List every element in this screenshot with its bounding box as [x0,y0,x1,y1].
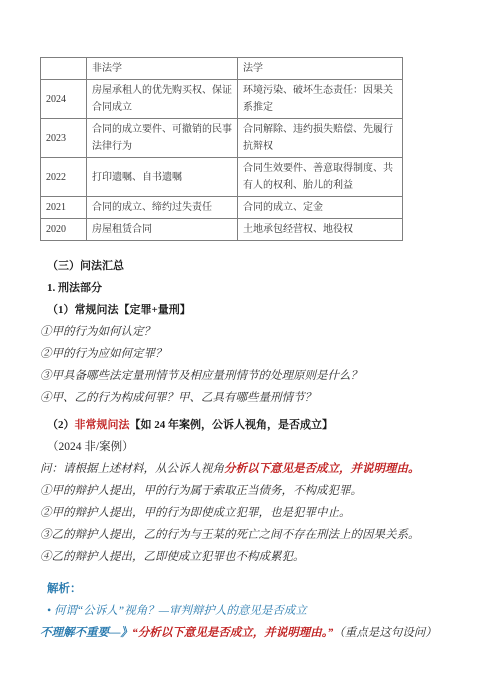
analysis-title: 解析： [40,578,460,600]
opinion-3: ③乙的辩护人提出，乙的行为与王某的死亡之间不存在刑法上的因果关系。 [40,524,460,546]
cell-non-law: 打印遗嘱、自书遗嘱 [87,158,238,197]
cell-year: 2022 [41,158,87,197]
regular-question-1: ①甲的行为如何认定？ [40,321,460,343]
sub1-title: （1）常规问法【定罪+量刑】 [40,299,460,321]
cell-law: 合同生效要件、善意取得制度、共有人的权利、胎儿的利益 [238,158,403,197]
regular-question-2: ②甲的行为应如何定罪？ [40,343,460,365]
analysis-bullet: • 何谓“公诉人”视角？—审判辩护人的意见是否成立 [40,600,460,622]
sub2-prefix: （2） [47,419,75,431]
regular-question-4: ④甲、乙的行为构成何罪？甲、乙具有哪些量刑情节？ [40,387,460,409]
document-page: 非法学 法学 2024 房屋承租人的优先购买权、保证合同成立 环境污染、破坏生态… [0,0,500,644]
final-blue-part: 不理解不重要—》 [40,627,132,639]
cell-law: 合同解除、违约损失赔偿、先履行抗辩权 [238,119,403,158]
table-row: 2024 房屋承租人的优先购买权、保证合同成立 环境污染、破坏生态责任：因果关系… [41,80,403,119]
questions-section: （三）问法汇总 1. 刑法部分 （1）常规问法【定罪+量刑】 ①甲的行为如何认定… [40,255,460,644]
final-black-part: （重点是这句设问） [333,627,437,639]
opinion-1: ①甲的辩护人提出，甲的行为属于索取正当债务，不构成犯罪。 [40,480,460,502]
regular-question-3: ③甲具备哪些法定量刑情节及相应量刑情节的处理原则是什么？ [40,365,460,387]
final-red-part: “分析以下意见是否成立，并说明理由。” [132,627,333,639]
opinion-2: ②甲的辩护人提出，甲的行为即使成立犯罪，也是犯罪中止。 [40,502,460,524]
cell-law: 环境污染、破坏生态责任：因果关系推定 [238,80,403,119]
table-row: 2020 房屋租赁合同 土地承包经营权、地役权 [41,219,403,241]
cell-non-law: 合同的成立要件、可撤销的民事法律行为 [87,119,238,158]
exam-question-red: 分析以下意见是否成立，并说明理由。 [224,463,420,475]
header-year [41,58,87,80]
sub2-suffix: 【如 24 年案例，公诉人视角，是否成立】 [130,419,334,431]
table-header-row: 非法学 法学 [41,58,403,80]
opinion-4: ④乙的辩护人提出，乙即使成立犯罪也不构成累犯。 [40,546,460,568]
exam-question-line: 问：请根据上述材料，从公诉人视角分析以下意见是否成立，并说明理由。 [40,458,460,480]
header-law: 法学 [238,58,403,80]
cell-non-law: 房屋承租人的优先购买权、保证合同成立 [87,80,238,119]
analysis-final-line: 不理解不重要—》“分析以下意见是否成立，并说明理由。”（重点是这句设问） [40,622,460,644]
case-label: （2024 非/案例） [40,436,460,458]
exam-topics-table: 非法学 法学 2024 房屋承租人的优先购买权、保证合同成立 环境污染、破坏生态… [40,57,403,241]
cell-year: 2024 [41,80,87,119]
cell-law: 土地承包经营权、地役权 [238,219,403,241]
cell-non-law: 房屋租赁合同 [87,219,238,241]
part1-title: 1. 刑法部分 [40,277,460,299]
header-non-law: 非法学 [87,58,238,80]
sub2-red-label: 非常规问法 [75,419,130,431]
table-row: 2023 合同的成立要件、可撤销的民事法律行为 合同解除、违约损失赔偿、先履行抗… [41,119,403,158]
cell-year: 2023 [41,119,87,158]
cell-non-law: 合同的成立、缔约过失责任 [87,197,238,219]
exam-question-black: 问：请根据上述材料，从公诉人视角 [40,463,224,475]
section-title: （三）问法汇总 [40,255,460,277]
cell-year: 2021 [41,197,87,219]
cell-year: 2020 [41,219,87,241]
table-row: 2021 合同的成立、缔约过失责任 合同的成立、定金 [41,197,403,219]
cell-law: 合同的成立、定金 [238,197,403,219]
sub2-title: （2）非常规问法【如 24 年案例，公诉人视角，是否成立】 [40,414,460,436]
table-row: 2022 打印遗嘱、自书遗嘱 合同生效要件、善意取得制度、共有人的权利、胎儿的利… [41,158,403,197]
